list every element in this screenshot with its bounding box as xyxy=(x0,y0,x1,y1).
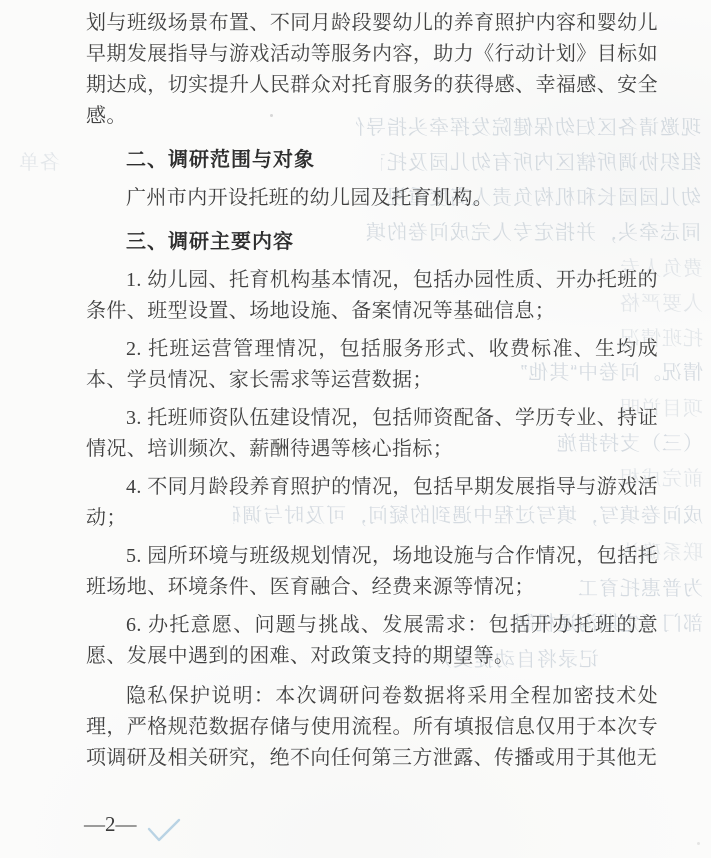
list-item: 2. 托班运营管理情况，包括服务形式、收费标准、生均成本、学员情况、家长需求等运… xyxy=(86,334,658,396)
bleedthrough-line: 各单 xyxy=(12,151,60,175)
scan-speck xyxy=(270,114,273,117)
checkmark-artifact xyxy=(147,818,181,844)
page-number: —2— xyxy=(84,812,137,837)
paragraph: 广州市内开设托班的幼儿园及托育机构。 xyxy=(86,183,658,214)
paragraph: 隐私保护说明：本次调研问卷数据将采用全程加密技术处理，严格规范数据存储与使用流程… xyxy=(86,681,658,774)
paragraph: 划与班级场景布置、不同月龄段婴幼儿的养育照护内容和婴幼儿早期发展指导与游戏活动等… xyxy=(86,8,658,132)
section-heading: 二、调研范围与对象 xyxy=(86,145,658,176)
list-item: 1. 幼儿园、托育机构基本情况，包括办园性质、开办托班的条件、班型设置、场地设施… xyxy=(86,265,658,327)
scan-speck xyxy=(629,346,632,349)
list-item: 3. 托班师资队伍建设情况，包括师资配备、学历专业、持证情况、培训频次、薪酬待遇… xyxy=(86,403,658,465)
scan-speck xyxy=(697,842,700,845)
list-item: 5. 园所环境与班级规划情况，场地设施与合作情况，包括托班场地、环境条件、医育融… xyxy=(86,541,658,603)
list-item: 6. 办托意愿、问题与挑战、发展需求：包括开办托班的意愿、发展中遇到的困难、对政… xyxy=(86,610,658,672)
document-page: 现邀请各区妇幼保健院发挥牵头指导作用 组织协调所辖区内所有幼儿园及托育机构参加本… xyxy=(0,0,711,858)
document-body: 划与班级场景布置、不同月龄段婴幼儿的养育照护内容和婴幼儿早期发展指导与游戏活动等… xyxy=(86,8,658,781)
section-heading: 三、调研主要内容 xyxy=(86,227,658,258)
list-item: 4. 不同月龄段养育照护的情况，包括早期发展指导与游戏活动； xyxy=(86,472,658,534)
